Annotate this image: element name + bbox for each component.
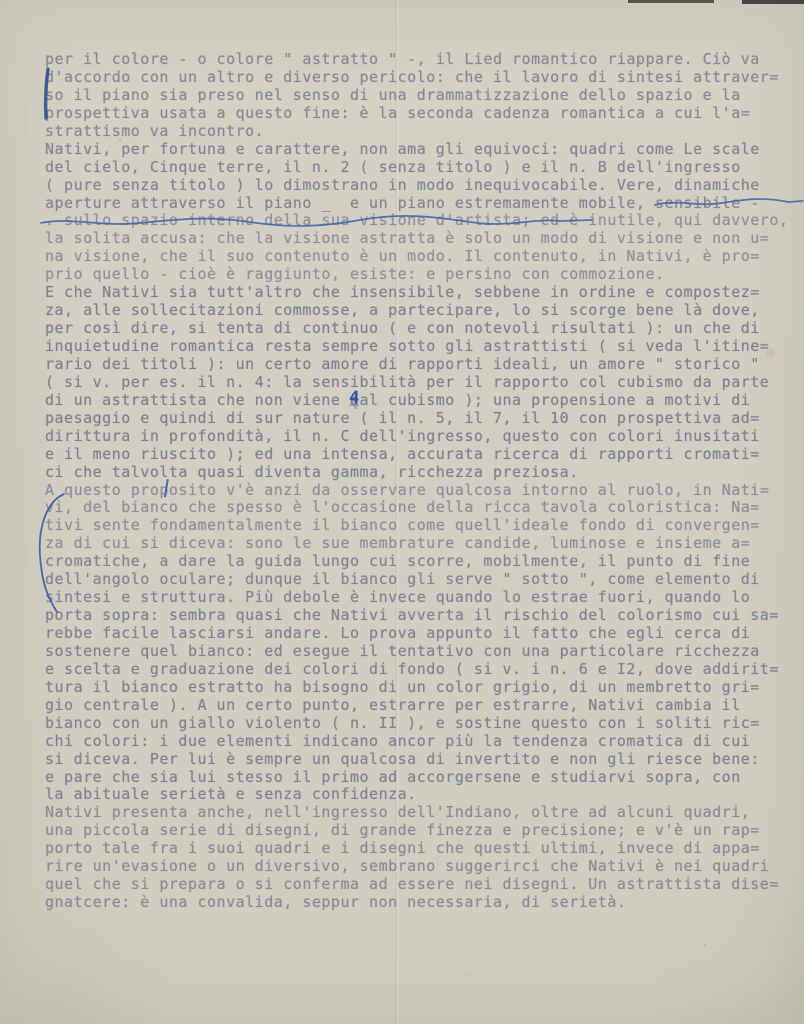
text-line-41: e pare che sia lui stesso il primo ad ac… [45, 769, 788, 787]
text-line-7: del cielo, Cinque terre, il n. 2 ( senza… [45, 159, 788, 177]
text-line-24: ci che talvolta quasi diventa gamma, ric… [45, 464, 788, 482]
text-line-11: la solita accusa: che la visione astratt… [45, 230, 788, 248]
text-line-14: E che Nativi sia tutt'altro che insensib… [45, 284, 788, 302]
text-line-6: Nativi, per fortuna e carattere, non ama… [45, 141, 788, 159]
text-line-10: . sullo spazio interno della sua visione… [45, 212, 788, 230]
text-line-26: vi, del bianco che spesso è l'occasione … [45, 499, 788, 517]
typewritten-text: per il colore - o colore " astratto " -,… [45, 51, 788, 912]
pen-mark-slash-segment: osito v'è anzi da osservare qualcosa int… [169, 482, 769, 500]
scan-edge-artifact [628, 0, 714, 3]
text-line-4: prospettiva usata a questo fine: è la se… [45, 105, 788, 123]
text-line-25: A questo proposito v'è anzi da osservare… [45, 482, 788, 500]
text-line-37: gio centrale ). A un certo punto, estrar… [45, 697, 788, 715]
text-line-38: bianco con un giallo violento ( n. II ),… [45, 715, 788, 733]
text-line-3: so il piano sia preso nel senso di una d… [45, 87, 788, 105]
text-line-29: cromatiche, a dare la guida lungo cui sc… [45, 553, 788, 571]
text-line-13: prio quello - cioè è raggiunto, esiste: … [45, 266, 788, 284]
text-line-33: rebbe facile lasciarsi andare. Lo prova … [45, 625, 788, 643]
text-line-27: tivi sente fondamentalmente il bianco co… [45, 517, 788, 535]
text-segment: di un astrattista che non viene d [45, 391, 360, 409]
text-line-44: una piccola serie di disegni, di grande … [45, 822, 788, 840]
document-page: per il colore - o colore " astratto " -,… [0, 0, 804, 1024]
text-line-20: di un astrattista che non viene dal cubi… [45, 392, 788, 410]
text-line-17: inquietudine romantica resta sempre sott… [45, 338, 788, 356]
text-segment: A questo prop [45, 481, 169, 499]
text-line-39: chi colori: i due elementi indicano anco… [45, 733, 788, 751]
text-line-18: rario dei titoli ): un certo amore di ra… [45, 356, 788, 374]
text-line-21: paesaggio e quindi di sur nature ( il n.… [45, 410, 788, 428]
text-line-23: e il meno riuscito ); ed una intensa, ac… [45, 446, 788, 464]
text-line-40: si diceva. Per lui è sempre un qualcosa … [45, 751, 788, 769]
text-line-2: d'accordo con un altro e diverso pericol… [45, 69, 788, 87]
text-line-22: dirittura in profondità, il n. C dell'in… [45, 428, 788, 446]
text-line-8: ( pure senza titolo ) lo dimostrano in m… [45, 177, 788, 195]
text-line-1: per il colore - o colore " astratto " -,… [45, 51, 788, 69]
text-line-45: porto tale fra i suoi quadri e i disegni… [45, 840, 788, 858]
text-line-15: za, alle sollecitazioni commosse, a part… [45, 302, 788, 320]
text-line-46: rire un'evasione o un diversivo, sembran… [45, 858, 788, 876]
text-line-42: la abituale serietà e senza confidenza. [45, 786, 788, 804]
text-line-36: tura il bianco estratto ha bisogno di un… [45, 679, 788, 697]
text-line-12: na visione, che il suo contenuto è un mo… [45, 248, 788, 266]
text-line-35: e scelta e graduazione dei colori di fon… [45, 661, 788, 679]
text-line-31: sintesi e struttura. Più debole è invece… [45, 589, 788, 607]
text-line-47: quel che si prepara o si conferma ad ess… [45, 876, 788, 894]
text-line-16: per così dire, si tenta di continuo ( e … [45, 320, 788, 338]
text-line-34: sostenere quel bianco: ed esegue il tent… [45, 643, 788, 661]
text-line-43: Nativi presenta anche, nell'ingresso del… [45, 804, 788, 822]
text-line-9: aperture attraverso il piano _ e un pian… [45, 195, 788, 213]
pen-mark-dagger-segment: al cubismo ); una propensione a motivi d… [360, 391, 751, 409]
text-line-19: ( si v. per es. il n. 4: la sensibilità … [45, 374, 788, 392]
text-line-5: strattismo va incontro. [45, 123, 788, 141]
scan-edge-artifact [742, 0, 804, 4]
text-line-28: za di cui si diceva: sono le sue membrat… [45, 535, 788, 553]
text-line-48: gnatcere: è una convalida, seppur non ne… [45, 894, 788, 912]
text-line-32: porta sopra: sembra quasi che Nativi avv… [45, 607, 788, 625]
text-line-30: dell'angolo oculare; dunque il bianco gl… [45, 571, 788, 589]
